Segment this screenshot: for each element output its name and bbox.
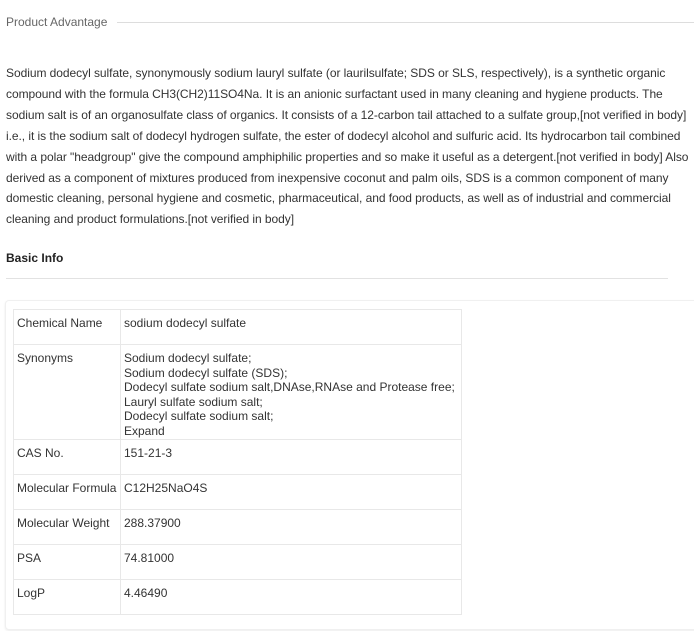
chemical-name-label: Chemical Name	[14, 310, 121, 345]
basic-info-title: Basic Info	[6, 251, 63, 265]
molecular-weight-label: Molecular Weight	[14, 510, 121, 545]
logp-value: 4.46490	[121, 580, 462, 615]
synonyms-value: Sodium dodecyl sulfate; Sodium dodecyl s…	[121, 345, 462, 440]
table-row-molecular-weight: Molecular Weight 288.37900	[14, 510, 462, 545]
product-description: Sodium dodecyl sulfate, synonymously sod…	[6, 63, 694, 230]
table-row-synonyms: Synonyms Sodium dodecyl sulfate; Sodium …	[14, 345, 462, 440]
cas-no-label: CAS No.	[14, 440, 121, 475]
product-advantage-header: Product Advantage	[6, 13, 694, 31]
cas-no-value: 151-21-3	[121, 440, 462, 475]
basic-info-table: Chemical Name sodium dodecyl sulfate Syn…	[13, 309, 462, 615]
table-row-molecular-formula: Molecular Formula C12H25NaO4S	[14, 475, 462, 510]
synonym-item: Sodium dodecyl sulfate (SDS);	[124, 366, 458, 381]
table-row-chemical-name: Chemical Name sodium dodecyl sulfate	[14, 310, 462, 345]
synonym-item: Lauryl sulfate sodium salt;	[124, 395, 458, 410]
molecular-formula-value: C12H25NaO4S	[121, 475, 462, 510]
molecular-formula-label: Molecular Formula	[14, 475, 121, 510]
psa-value: 74.81000	[121, 545, 462, 580]
table-row-cas-no: CAS No. 151-21-3	[14, 440, 462, 475]
chemical-name-value: sodium dodecyl sulfate	[121, 310, 462, 345]
synonym-item: Dodecyl sulfate sodium salt,DNAse,RNAse …	[124, 380, 458, 395]
synonyms-label: Synonyms	[14, 345, 121, 440]
molecular-weight-value: 288.37900	[121, 510, 462, 545]
logp-label: LogP	[14, 580, 121, 615]
basic-info-divider	[6, 278, 668, 279]
table-row-logp: LogP 4.46490	[14, 580, 462, 615]
synonym-item: Dodecyl sulfate sodium salt;	[124, 409, 458, 424]
expand-synonyms-link[interactable]: Expand	[124, 424, 458, 439]
psa-label: PSA	[14, 545, 121, 580]
table-row-psa: PSA 74.81000	[14, 545, 462, 580]
synonym-item: Sodium dodecyl sulfate;	[124, 351, 458, 366]
product-advantage-title: Product Advantage	[6, 15, 117, 29]
header-divider	[117, 22, 694, 23]
